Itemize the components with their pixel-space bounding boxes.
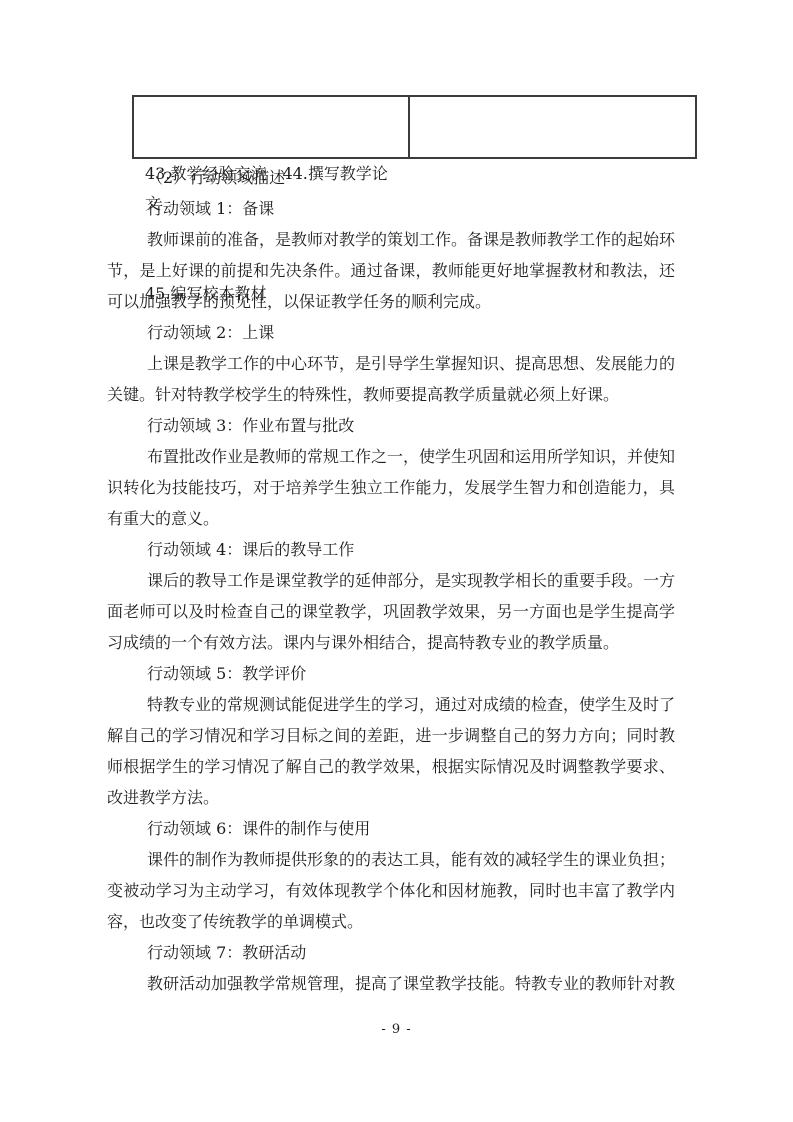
area-paragraph-2: 上课是教学工作的中心环节，是引导学生掌握知识、提高思想、发展能力的关键。针对特教…	[107, 348, 675, 410]
table-cell-right	[410, 97, 695, 157]
document-body: （2）行动领域描述 行动领域 1：备课 教师课前的准备，是教师对教学的策划工作。…	[107, 162, 675, 999]
subsection-heading: （2）行动领域描述	[107, 162, 675, 193]
continuation-table: 43.教学经验交流 44.撰写教学论文 45.编写校本教材	[132, 95, 697, 159]
area-title-1: 行动领域 1：备课	[107, 193, 675, 224]
area-title-7: 行动领域 7：教研活动	[107, 937, 675, 968]
area-paragraph-3: 布置批改作业是教师的常规工作之一，使学生巩固和运用所学知识，并使知识转化为技能技…	[107, 441, 675, 534]
area-paragraph-1: 教师课前的准备，是教师对教学的策划工作。备课是教师教学工作的起始环节，是上好课的…	[107, 224, 675, 317]
area-title-6: 行动领域 6：课件的制作与使用	[107, 813, 675, 844]
area-title-4: 行动领域 4：课后的教导工作	[107, 534, 675, 565]
area-paragraph-4: 课后的教导工作是课堂教学的延伸部分，是实现教学相长的重要手段。一方面老师可以及时…	[107, 565, 675, 658]
area-paragraph-7: 教研活动加强教学常规管理，提高了课堂教学技能。特教专业的教师针对教	[107, 968, 675, 999]
area-title-2: 行动领域 2：上课	[107, 317, 675, 348]
area-paragraph-5: 特教专业的常规测试能促进学生的学习，通过对成绩的检查，使学生及时了解自己的学习情…	[107, 689, 675, 813]
area-paragraph-6: 课件的制作为教师提供形象的的表达工具，能有效的减轻学生的课业负担；变被动学习为主…	[107, 844, 675, 937]
page-number: - 9 -	[0, 1022, 793, 1037]
area-title-5: 行动领域 5：教学评价	[107, 658, 675, 689]
document-page: 43.教学经验交流 44.撰写教学论文 45.编写校本教材 （2）行动领域描述 …	[0, 0, 793, 1122]
area-title-3: 行动领域 3：作业布置与批改	[107, 410, 675, 441]
table-cell-left: 43.教学经验交流 44.撰写教学论文 45.编写校本教材	[134, 97, 410, 157]
